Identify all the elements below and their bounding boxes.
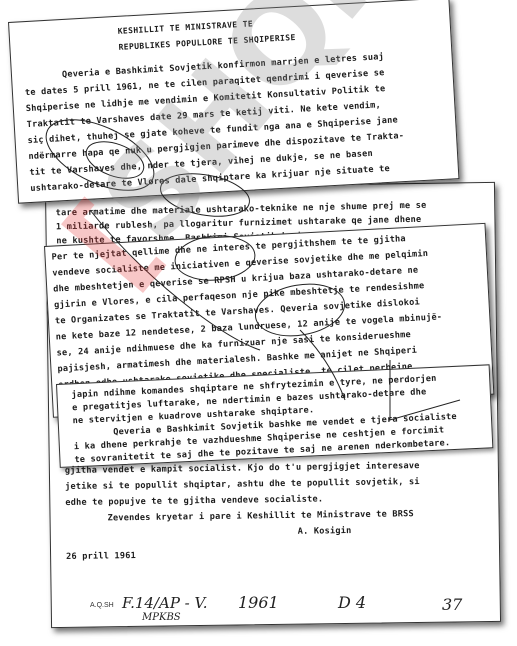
- signature-name: A. Kosigin: [298, 526, 352, 537]
- document-date: 26 prill 1961: [66, 551, 136, 562]
- archive-dosje: D 4: [338, 593, 366, 612]
- archive-stamp: A.Q.SH: [90, 602, 114, 609]
- archive-page: 37: [442, 595, 462, 614]
- archive-fond: F.14/AP - V.: [122, 594, 208, 612]
- archive-year: 1961: [238, 593, 279, 612]
- document-strip-1: KESHILLIT TE MINISTRAVE TE REPUBLIKES PO…: [8, 0, 459, 204]
- archive-footer: A.Q.SH F.14/AP - V. MPKBS 1961 D 4 37: [90, 590, 490, 630]
- signature-title: Zevendes kryetar i pare i Keshillit te M…: [108, 509, 414, 523]
- letterhead-line-1: KESHILLIT TE MINISTRAVE TE: [117, 19, 253, 36]
- text-line: edhe te popujve te te gjitha vendeve soc…: [65, 494, 323, 508]
- text-line: jetike si te popullit shqiptar, ashtu dh…: [65, 477, 420, 492]
- letterhead-line-2: REPUBLIKES POPULLORE TE SHQIPERISE: [118, 33, 296, 52]
- archive-subfond: MPKBS: [142, 612, 181, 623]
